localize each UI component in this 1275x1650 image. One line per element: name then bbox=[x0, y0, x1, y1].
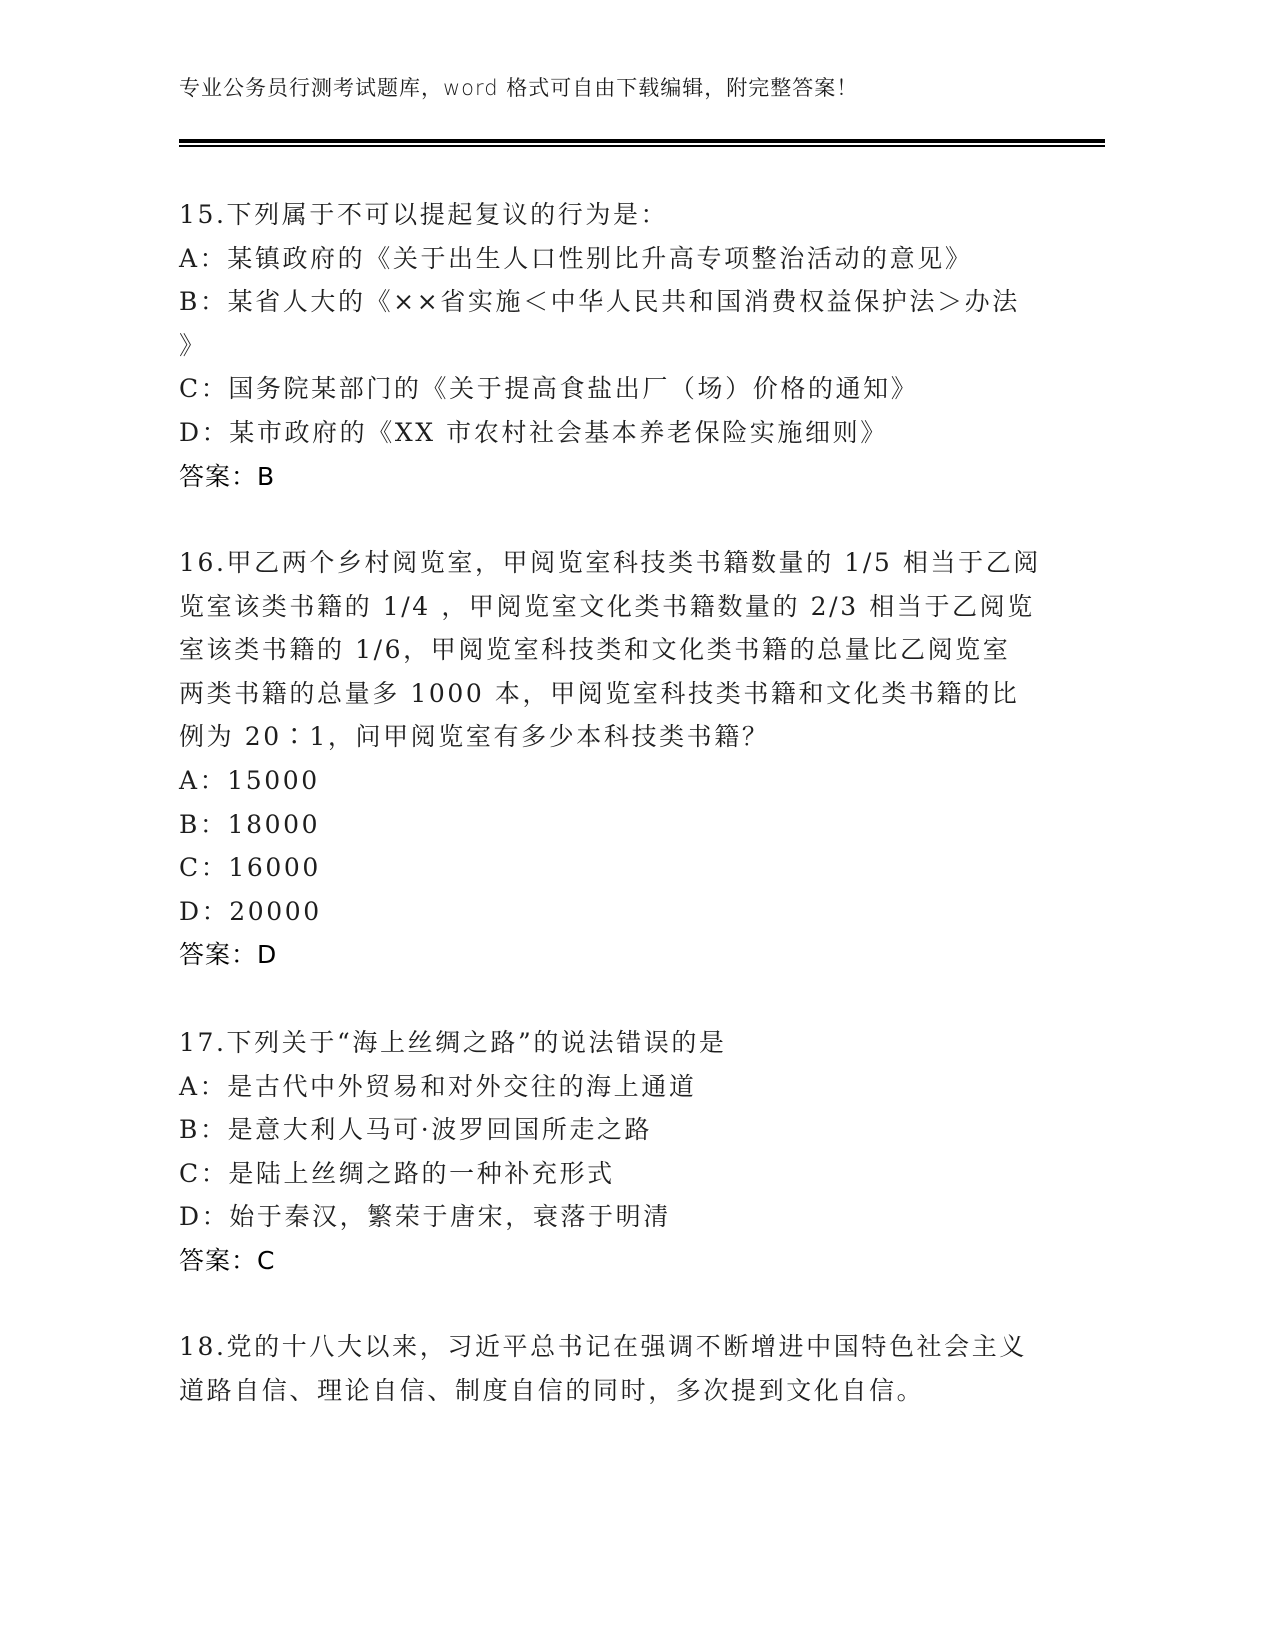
option-c: C：是陆上丝绸之路的一种补充形式 bbox=[179, 1152, 1105, 1196]
option-d: D：20000 bbox=[179, 890, 1105, 934]
header-double-rule bbox=[179, 139, 1105, 147]
question-stem-line-2: 览室该类书籍的 1/4 ，甲阅览室文化类书籍数量的 2/3 相当于乙阅览 bbox=[179, 585, 1105, 629]
answer-label: 答案：D bbox=[179, 933, 1105, 977]
question-stem: 15.下列属于不可以提起复议的行为是： bbox=[179, 193, 1105, 237]
question-16: 16.甲乙两个乡村阅览室，甲阅览室科技类书籍数量的 1/5 相当于乙阅 览室该类… bbox=[179, 541, 1105, 977]
option-a: A：15000 bbox=[179, 759, 1105, 803]
question-stem-line-3: 室该类书籍的 1/6，甲阅览室科技类和文化类书籍的总量比乙阅览室 bbox=[179, 628, 1105, 672]
option-b: B：是意大利人马可·波罗回国所走之路 bbox=[179, 1108, 1105, 1152]
page-header: 专业公务员行测考试题库，word 格式可自由下载编辑，附完整答案！ bbox=[179, 72, 858, 102]
question-stem-line-2: 道路自信、理论自信、制度自信的同时，多次提到文化自信。 bbox=[179, 1369, 1105, 1413]
option-b-continued: 》 bbox=[179, 324, 1105, 368]
answer-label: 答案：C bbox=[179, 1239, 1105, 1283]
question-stem-line-1: 16.甲乙两个乡村阅览室，甲阅览室科技类书籍数量的 1/5 相当于乙阅 bbox=[179, 541, 1105, 585]
question-stem: 17.下列关于“海上丝绸之路”的说法错误的是 bbox=[179, 1021, 1105, 1065]
question-stem-line-4: 两类书籍的总量多 1000 本，甲阅览室科技类书籍和文化类书籍的比 bbox=[179, 672, 1105, 716]
question-17: 17.下列关于“海上丝绸之路”的说法错误的是 A：是古代中外贸易和对外交往的海上… bbox=[179, 1021, 1105, 1283]
option-b: B：18000 bbox=[179, 803, 1105, 847]
rule-thin-line bbox=[179, 145, 1105, 147]
answer-label: 答案：B bbox=[179, 455, 1105, 499]
option-d: D：始于秦汉，繁荣于唐宋，衰落于明清 bbox=[179, 1195, 1105, 1239]
option-b: B：某省人大的《××省实施＜中华人民共和国消费权益保护法＞办法 bbox=[179, 280, 1105, 324]
option-d: D：某市政府的《XX 市农村社会基本养老保险实施细则》 bbox=[179, 411, 1105, 455]
question-18: 18.党的十八大以来，习近平总书记在强调不断增进中国特色社会主义 道路自信、理论… bbox=[179, 1325, 1105, 1412]
option-c: C：国务院某部门的《关于提高食盐出厂（场）价格的通知》 bbox=[179, 367, 1105, 411]
option-c: C：16000 bbox=[179, 846, 1105, 890]
question-stem-line-5: 例为 20∶1，问甲阅览室有多少本科技类书籍？ bbox=[179, 715, 1105, 759]
question-15: 15.下列属于不可以提起复议的行为是： A：某镇政府的《关于出生人口性别比升高专… bbox=[179, 193, 1105, 498]
option-a: A：某镇政府的《关于出生人口性别比升高专项整治活动的意见》 bbox=[179, 237, 1105, 281]
option-a: A：是古代中外贸易和对外交往的海上通道 bbox=[179, 1065, 1105, 1109]
question-stem-line-1: 18.党的十八大以来，习近平总书记在强调不断增进中国特色社会主义 bbox=[179, 1325, 1105, 1369]
